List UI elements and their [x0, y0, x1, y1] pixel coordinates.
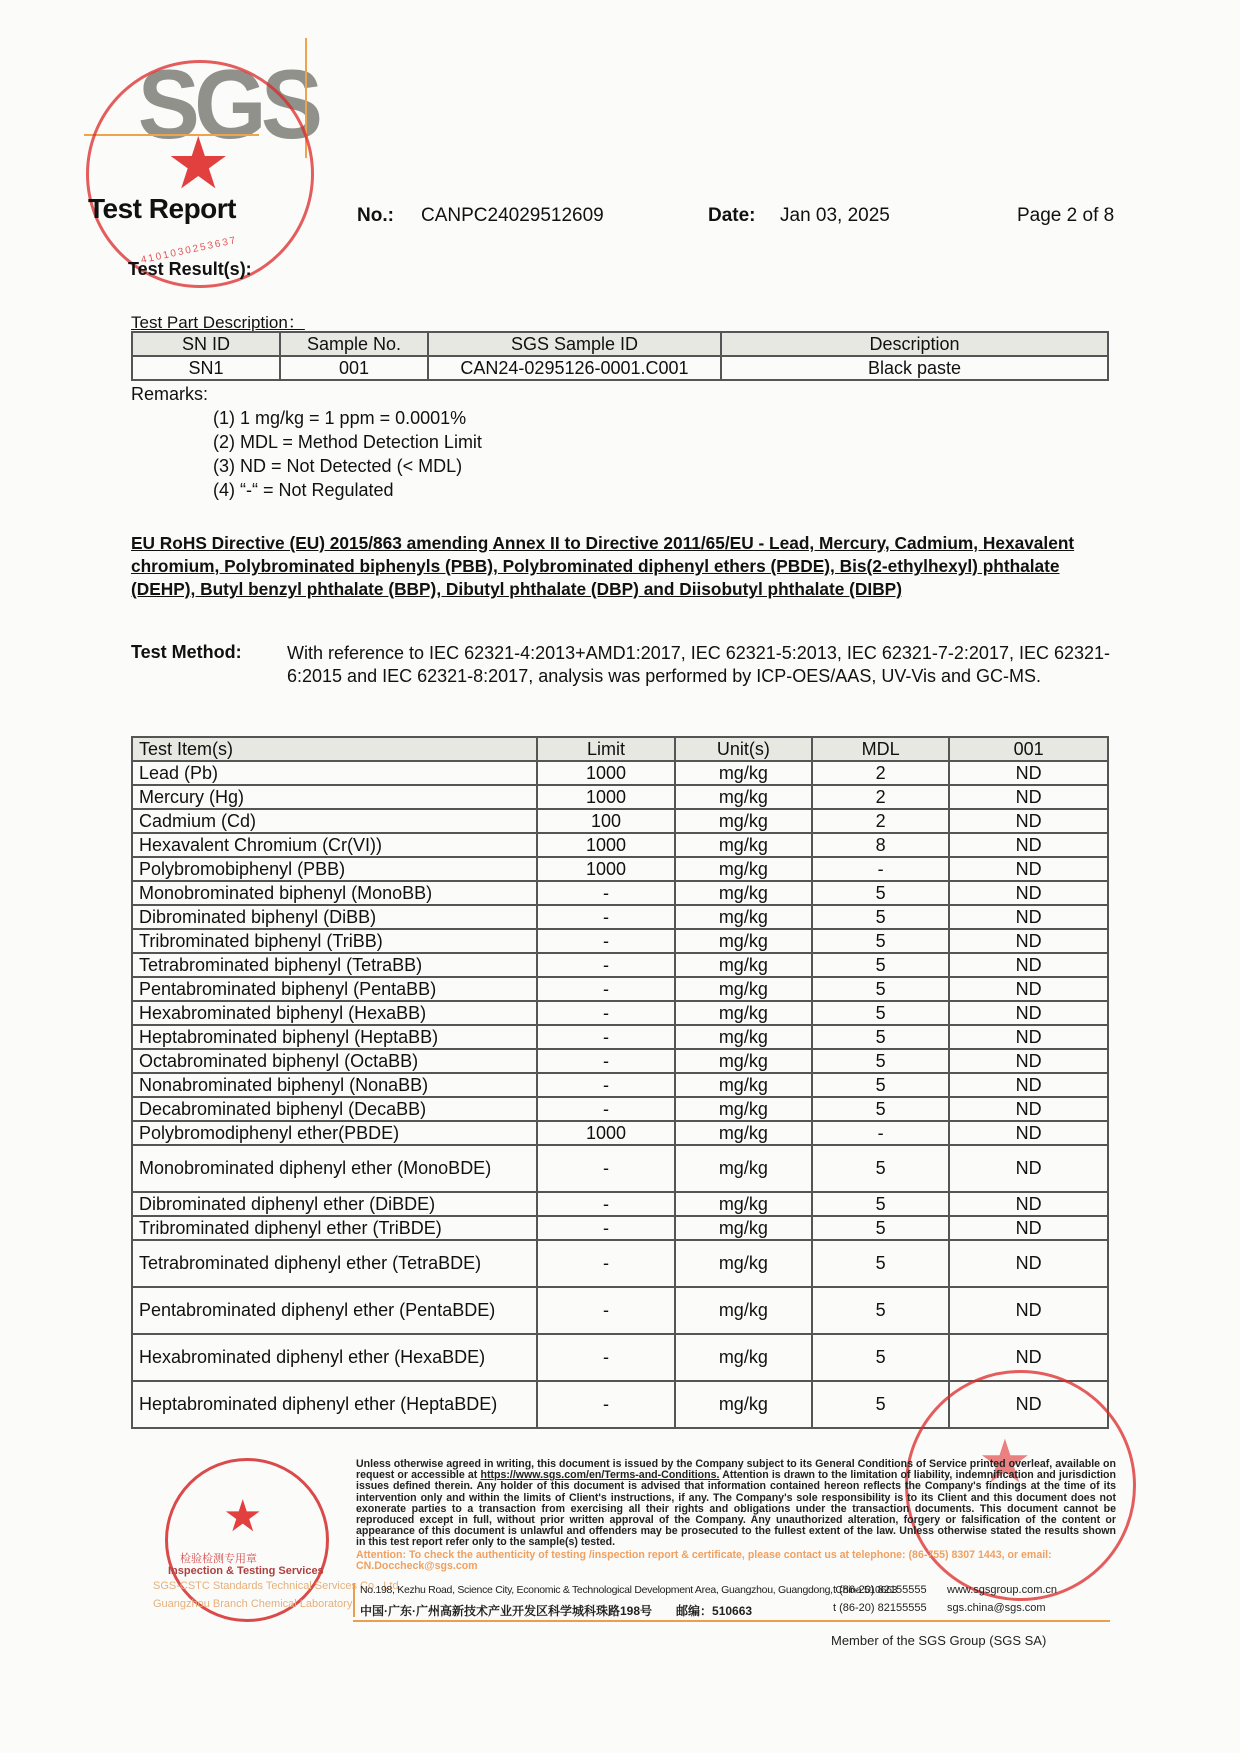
test-method-text: With reference to IEC 62321-4:2013+AMD1:…: [287, 642, 1112, 688]
mdl: 5: [812, 1097, 949, 1121]
result-001: ND: [949, 833, 1108, 857]
table-row: Polybromobiphenyl (PBB)1000mg/kg-ND: [132, 857, 1108, 881]
test-item: Monobrominated biphenyl (MonoBB): [132, 881, 537, 905]
limit: -: [537, 905, 674, 929]
limit: -: [537, 977, 674, 1001]
test-item: Dibrominated biphenyl (DiBB): [132, 905, 537, 929]
inspection-seal-star-icon: ★: [223, 1495, 262, 1539]
table-row: Hexavalent Chromium (Cr(VI))1000mg/kg8ND: [132, 833, 1108, 857]
result-001: ND: [949, 1287, 1108, 1334]
remark-item: (4) “-“ = Not Regulated: [213, 480, 394, 501]
table-row: Lead (Pb)1000mg/kg2ND: [132, 761, 1108, 785]
table-row: Tribrominated diphenyl ether (TriBDE)-mg…: [132, 1216, 1108, 1240]
result-001: ND: [949, 1216, 1108, 1240]
table-row: Pentabrominated biphenyl (PentaBB)-mg/kg…: [132, 977, 1108, 1001]
column-header: SGS Sample ID: [428, 332, 721, 356]
limit: -: [537, 953, 674, 977]
limit: -: [537, 1097, 674, 1121]
mdl: 5: [812, 1192, 949, 1216]
table-row: Mercury (Hg)1000mg/kg2ND: [132, 785, 1108, 809]
mdl: -: [812, 1121, 949, 1145]
table-row: Heptabrominated biphenyl (HeptaBB)-mg/kg…: [132, 1025, 1108, 1049]
inspection-seal-en: Inspection & Testing Services: [168, 1565, 324, 1577]
unit: mg/kg: [675, 1192, 812, 1216]
limit: 100: [537, 809, 674, 833]
mdl: 5: [812, 1334, 949, 1381]
sn-id: SN1: [132, 356, 280, 380]
test-item: Tetrabrominated diphenyl ether (TetraBDE…: [132, 1240, 537, 1287]
mdl: -: [812, 857, 949, 881]
table-row: Tetrabrominated diphenyl ether (TetraBDE…: [132, 1240, 1108, 1287]
section-title: Test Result(s):: [128, 259, 252, 280]
page-number: Page 2 of 8: [1017, 205, 1114, 227]
unit: mg/kg: [675, 1240, 812, 1287]
website-link[interactable]: www.sgsgroup.com.cn: [947, 1584, 1057, 1596]
test-item: Tribrominated diphenyl ether (TriBDE): [132, 1216, 537, 1240]
unit: mg/kg: [675, 857, 812, 881]
result-001: ND: [949, 785, 1108, 809]
legal-disclaimer: Unless otherwise agreed in writing, this…: [356, 1459, 1116, 1549]
mdl: 5: [812, 1216, 949, 1240]
mdl: 5: [812, 1145, 949, 1192]
sample-no: 001: [280, 356, 428, 380]
limit: -: [537, 1334, 674, 1381]
test-item: Polybromobiphenyl (PBB): [132, 857, 537, 881]
limit: -: [537, 1145, 674, 1192]
mdl: 5: [812, 1049, 949, 1073]
member-statement: Member of the SGS Group (SGS SA): [831, 1633, 1046, 1648]
report-date-label: Date:: [708, 205, 756, 227]
unit: mg/kg: [675, 1025, 812, 1049]
test-item: Hexavalent Chromium (Cr(VI)): [132, 833, 537, 857]
test-item: Octabrominated biphenyl (OctaBB): [132, 1049, 537, 1073]
table-row: Dibrominated diphenyl ether (DiBDE)-mg/k…: [132, 1192, 1108, 1216]
directive-title: EU RoHS Directive (EU) 2015/863 amending…: [131, 532, 1106, 601]
unit: mg/kg: [675, 1001, 812, 1025]
result-001: ND: [949, 1192, 1108, 1216]
limit: -: [537, 881, 674, 905]
unit: mg/kg: [675, 881, 812, 905]
address-chinese: 中国·广东·广州高新技术产业开发区科学城科珠路198号 邮编：510663: [360, 1602, 752, 1619]
limit: -: [537, 929, 674, 953]
mdl: 5: [812, 1240, 949, 1287]
table-row: Monobrominated diphenyl ether (MonoBDE)-…: [132, 1145, 1108, 1192]
sample-description: Black paste: [721, 356, 1108, 380]
telephone: t (86-20) 82155555: [833, 1584, 927, 1596]
legal-text: Attention is drawn to the limitation of …: [356, 1469, 1116, 1548]
seal-star-icon: ★: [166, 128, 231, 200]
result-001: ND: [949, 905, 1108, 929]
unit: mg/kg: [675, 929, 812, 953]
test-item: Polybromodiphenyl ether(PBDE): [132, 1121, 537, 1145]
table-row: Hexabrominated biphenyl (HexaBB)-mg/kg5N…: [132, 1001, 1108, 1025]
limit: -: [537, 1025, 674, 1049]
telephone: t (86-20) 82155555: [833, 1602, 927, 1614]
unit: mg/kg: [675, 833, 812, 857]
inspection-seal-cn: 检验检测专用章: [180, 1550, 257, 1566]
address-english: No.198, Kezhu Road, Science City, Econom…: [360, 1584, 897, 1596]
result-001: ND: [949, 761, 1108, 785]
test-item: Dibrominated diphenyl ether (DiBDE): [132, 1192, 537, 1216]
result-001: ND: [949, 1049, 1108, 1073]
test-method-label: Test Method:: [131, 642, 242, 663]
limit: 1000: [537, 833, 674, 857]
column-header-limit: Limit: [537, 737, 674, 761]
unit: mg/kg: [675, 977, 812, 1001]
test-item: Cadmium (Cd): [132, 809, 537, 833]
column-header: Description: [721, 332, 1108, 356]
unit: mg/kg: [675, 1121, 812, 1145]
limit: 1000: [537, 761, 674, 785]
mdl: 5: [812, 953, 949, 977]
test-item: Pentabrominated biphenyl (PentaBB): [132, 977, 537, 1001]
table-row: Cadmium (Cd)100mg/kg2ND: [132, 809, 1108, 833]
limit: 1000: [537, 785, 674, 809]
mdl: 5: [812, 977, 949, 1001]
footer-divider: [353, 1620, 1110, 1622]
column-header-unit: Unit(s): [675, 737, 812, 761]
result-001: ND: [949, 929, 1108, 953]
sample-table-header: SN ID Sample No. SGS Sample ID Descripti…: [132, 332, 1108, 356]
sample-table: SN ID Sample No. SGS Sample ID Descripti…: [131, 331, 1109, 381]
result-001: ND: [949, 1121, 1108, 1145]
report-title: Test Report: [88, 193, 236, 225]
column-header-test-item: Test Item(s): [132, 737, 537, 761]
result-001: ND: [949, 977, 1108, 1001]
report-number: CANPC24029512609: [421, 205, 604, 227]
mdl: 5: [812, 929, 949, 953]
test-item: Monobrominated diphenyl ether (MonoBDE): [132, 1145, 537, 1192]
unit: mg/kg: [675, 1287, 812, 1334]
email-link[interactable]: sgs.china@sgs.com: [947, 1602, 1046, 1614]
table-row: Tribrominated biphenyl (TriBB)-mg/kg5ND: [132, 929, 1108, 953]
test-item: Lead (Pb): [132, 761, 537, 785]
remark-item: (1) 1 mg/kg = 1 ppm = 0.0001%: [213, 408, 466, 429]
mdl: 5: [812, 1073, 949, 1097]
unit: mg/kg: [675, 1049, 812, 1073]
result-001: ND: [949, 1025, 1108, 1049]
test-item: Heptabrominated biphenyl (HeptaBB): [132, 1025, 537, 1049]
unit: mg/kg: [675, 953, 812, 977]
result-001: ND: [949, 1073, 1108, 1097]
limit: 1000: [537, 1121, 674, 1145]
result-001: ND: [949, 1097, 1108, 1121]
test-part-title: Test Part Description：: [131, 308, 305, 333]
limit: -: [537, 1073, 674, 1097]
result-001: ND: [949, 953, 1108, 977]
results-table: Test Item(s) Limit Unit(s) MDL 001 Lead …: [131, 736, 1109, 1429]
limit: -: [537, 1287, 674, 1334]
mdl: 5: [812, 1287, 949, 1334]
unit: mg/kg: [675, 1097, 812, 1121]
result-001: ND: [949, 857, 1108, 881]
table-row: Tetrabrominated biphenyl (TetraBB)-mg/kg…: [132, 953, 1108, 977]
unit: mg/kg: [675, 1216, 812, 1240]
unit: mg/kg: [675, 1334, 812, 1381]
test-item: Hexabrominated diphenyl ether (HexaBDE): [132, 1334, 537, 1381]
mdl: 2: [812, 785, 949, 809]
remarks-title: Remarks:: [131, 384, 208, 405]
result-001: ND: [949, 1001, 1108, 1025]
mdl: 5: [812, 881, 949, 905]
table-row: Hexabrominated diphenyl ether (HexaBDE)-…: [132, 1334, 1108, 1381]
authenticity-notice: Attention: To check the authenticity of …: [356, 1550, 1116, 1572]
results-header-row: Test Item(s) Limit Unit(s) MDL 001: [132, 737, 1108, 761]
limit: 1000: [537, 857, 674, 881]
remark-item: (2) MDL = Method Detection Limit: [213, 432, 482, 453]
limit: -: [537, 1216, 674, 1240]
table-row: Decabrominated biphenyl (DecaBB)-mg/kg5N…: [132, 1097, 1108, 1121]
limit: -: [537, 1381, 674, 1428]
unit: mg/kg: [675, 1145, 812, 1192]
limit: -: [537, 1001, 674, 1025]
mdl: 8: [812, 833, 949, 857]
unit: mg/kg: [675, 809, 812, 833]
test-item: Heptabrominated diphenyl ether (HeptaBDE…: [132, 1381, 537, 1428]
remark-item: (3) ND = Not Detected (< MDL): [213, 456, 462, 477]
mdl: 5: [812, 1025, 949, 1049]
limit: -: [537, 1240, 674, 1287]
terms-link[interactable]: https://www.sgs.com/en/Terms-and-Conditi…: [480, 1469, 719, 1481]
unit: mg/kg: [675, 1381, 812, 1428]
sgs-sample-id: CAN24-0295126-0001.C001: [428, 356, 721, 380]
table-row: SN1 001 CAN24-0295126-0001.C001 Black pa…: [132, 356, 1108, 380]
test-item: Pentabrominated diphenyl ether (PentaBDE…: [132, 1287, 537, 1334]
table-row: Monobrominated biphenyl (MonoBB)-mg/kg5N…: [132, 881, 1108, 905]
mdl: 5: [812, 1001, 949, 1025]
test-item: Tetrabrominated biphenyl (TetraBB): [132, 953, 537, 977]
report-date: Jan 03, 2025: [780, 205, 890, 227]
test-item: Hexabrominated biphenyl (HexaBB): [132, 1001, 537, 1025]
table-row: Polybromodiphenyl ether(PBDE)1000mg/kg-N…: [132, 1121, 1108, 1145]
result-001: ND: [949, 809, 1108, 833]
column-header: Sample No.: [280, 332, 428, 356]
unit: mg/kg: [675, 785, 812, 809]
result-001: ND: [949, 1145, 1108, 1192]
unit: mg/kg: [675, 905, 812, 929]
test-item: Decabrominated biphenyl (DecaBB): [132, 1097, 537, 1121]
mdl: 2: [812, 761, 949, 785]
table-row: Pentabrominated diphenyl ether (PentaBDE…: [132, 1287, 1108, 1334]
limit: -: [537, 1049, 674, 1073]
table-row: Dibrominated biphenyl (DiBB)-mg/kg5ND: [132, 905, 1108, 929]
result-001: ND: [949, 1240, 1108, 1287]
table-row: Nonabrominated biphenyl (NonaBB)-mg/kg5N…: [132, 1073, 1108, 1097]
column-header-sample-001: 001: [949, 737, 1108, 761]
company-branch: Guangzhou Branch Chemical Laboratory: [153, 1598, 352, 1610]
column-header-mdl: MDL: [812, 737, 949, 761]
result-001: ND: [949, 881, 1108, 905]
column-header: SN ID: [132, 332, 280, 356]
address-divider: [353, 1583, 355, 1617]
mdl: 2: [812, 809, 949, 833]
test-item: Tribrominated biphenyl (TriBB): [132, 929, 537, 953]
report-number-label: No.:: [357, 205, 394, 227]
test-item: Mercury (Hg): [132, 785, 537, 809]
test-item: Nonabrominated biphenyl (NonaBB): [132, 1073, 537, 1097]
unit: mg/kg: [675, 761, 812, 785]
table-row: Octabrominated biphenyl (OctaBB)-mg/kg5N…: [132, 1049, 1108, 1073]
mdl: 5: [812, 905, 949, 929]
unit: mg/kg: [675, 1073, 812, 1097]
limit: -: [537, 1192, 674, 1216]
